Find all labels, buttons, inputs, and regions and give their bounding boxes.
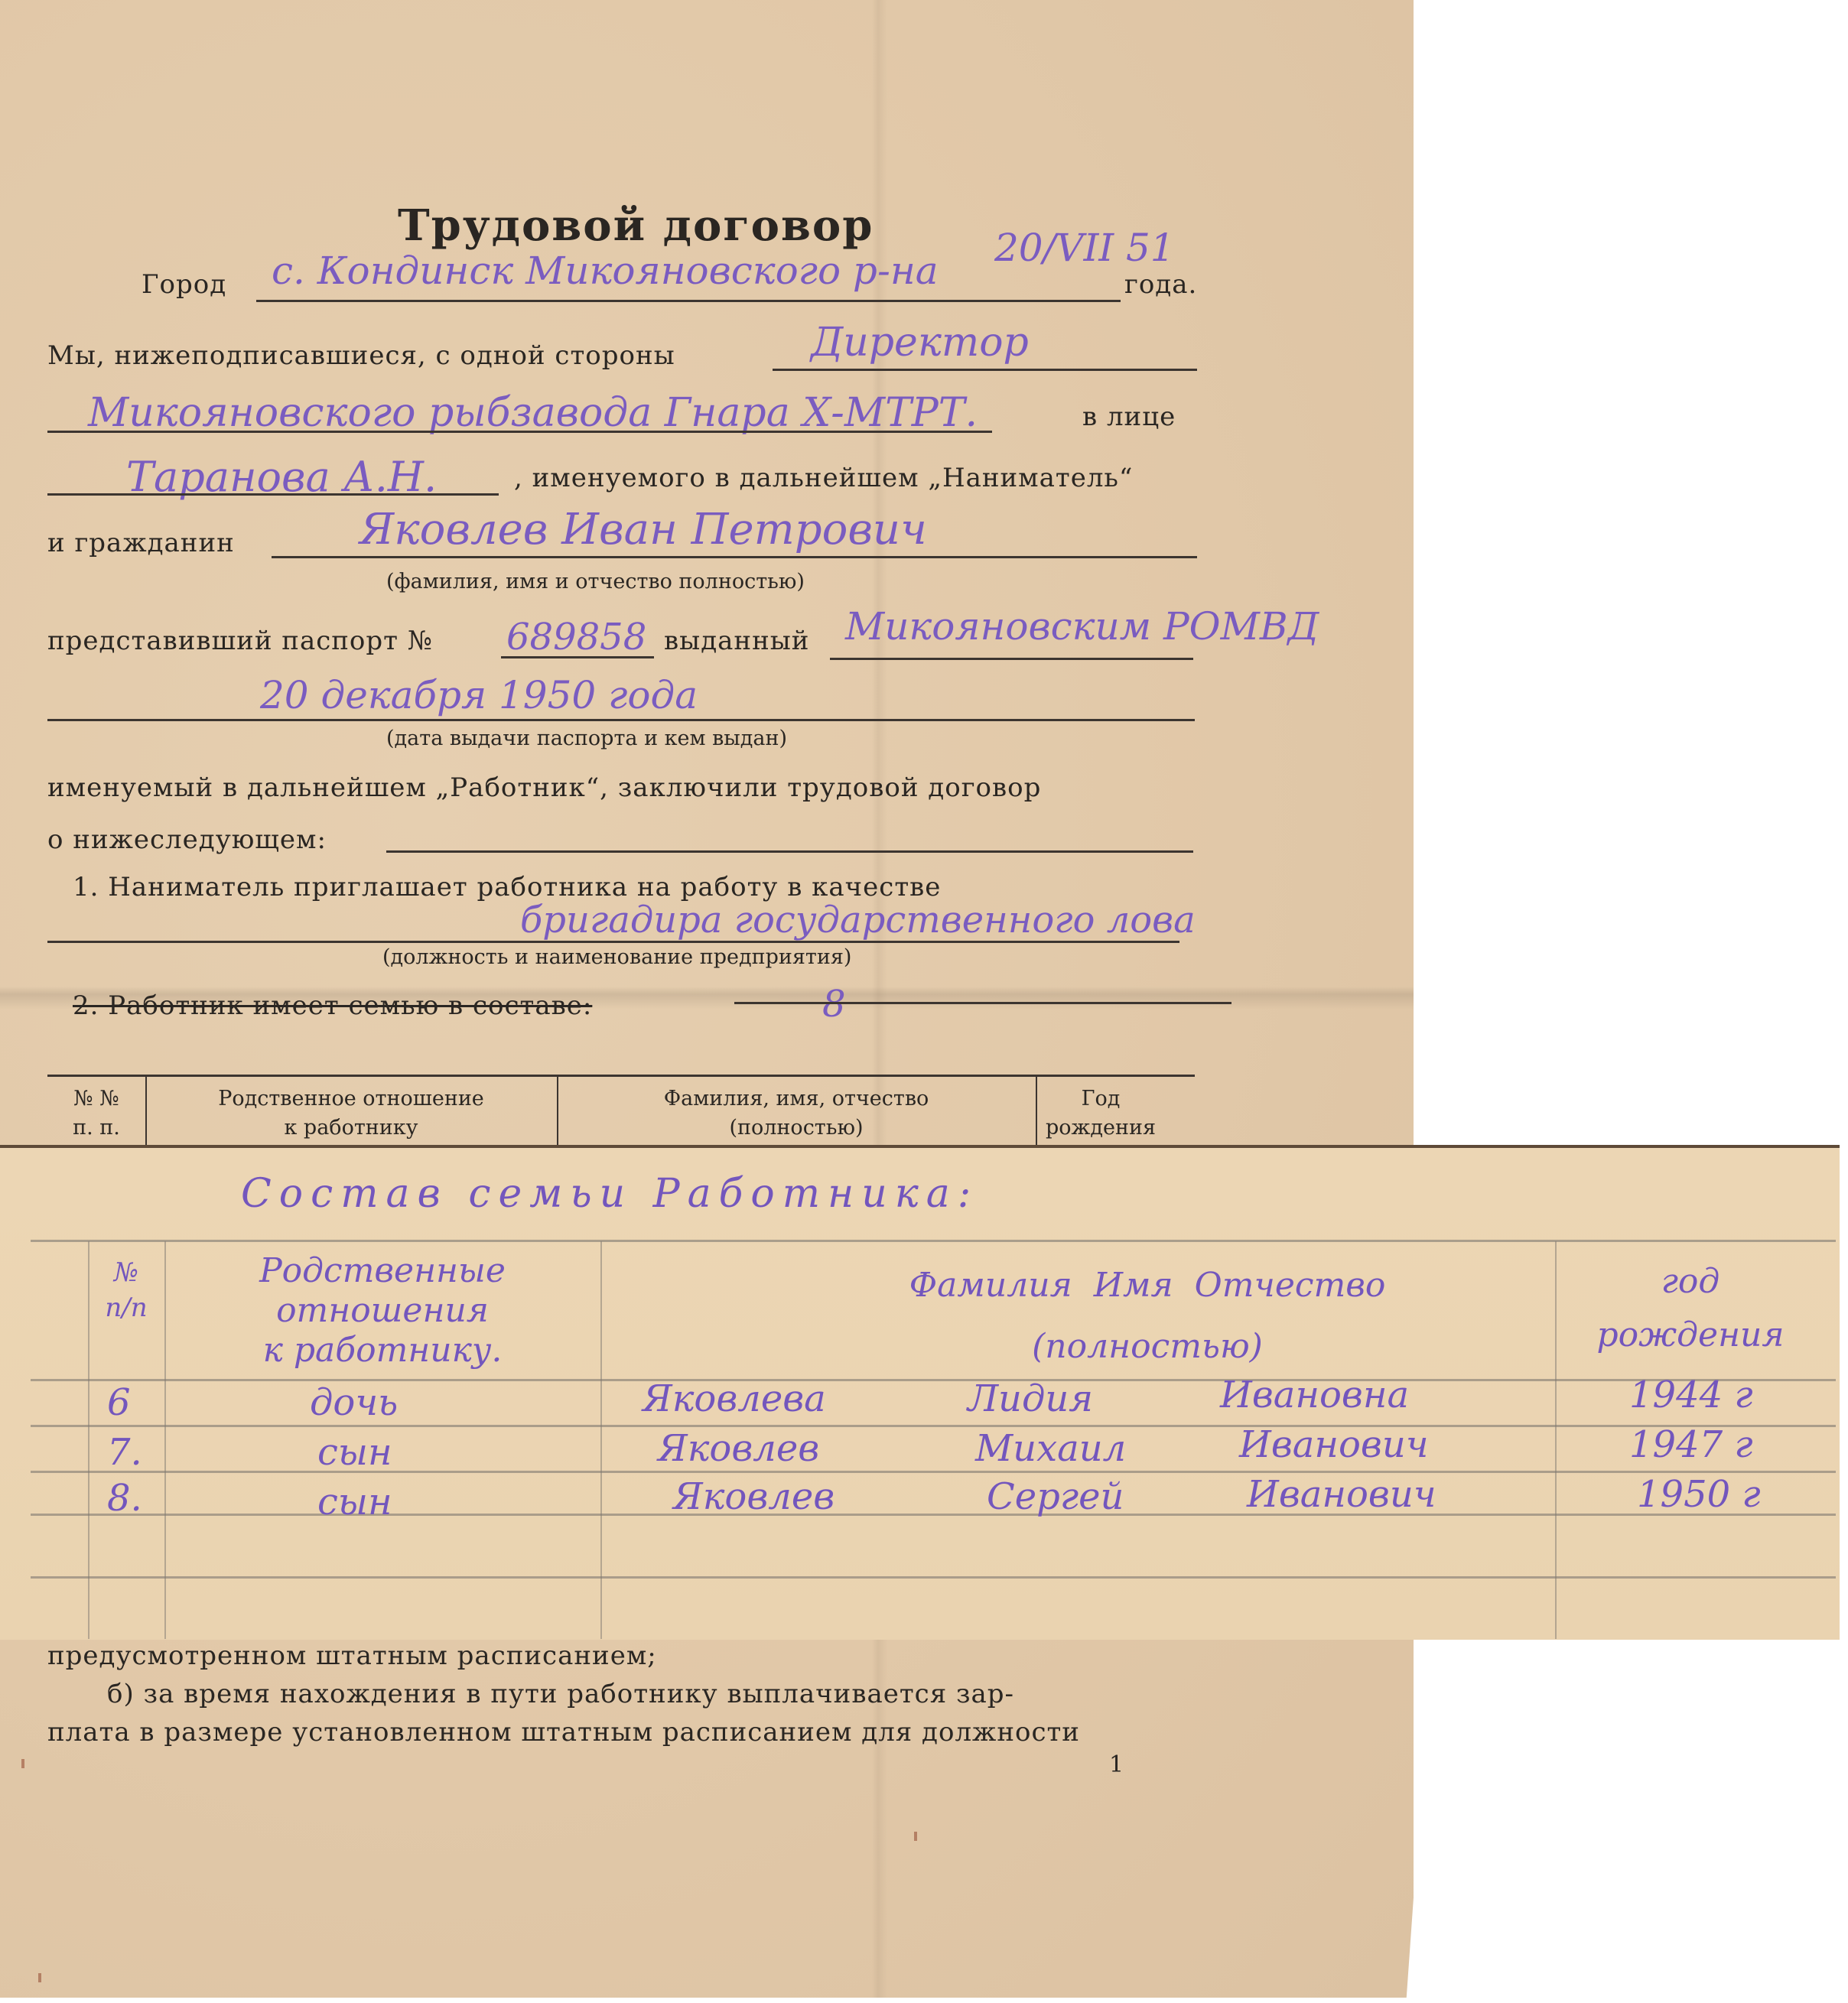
row-patronymic: Ивановна <box>1220 1374 1409 1416</box>
printed-header-number: № № п. п. <box>47 1084 145 1143</box>
citizen-label: и гражданин <box>47 528 235 558</box>
printed-header-birth-year: Год рождения <box>1036 1084 1166 1143</box>
city-label: Город <box>142 269 226 300</box>
slip-header-number: № п/п <box>88 1255 164 1325</box>
footer-line-1: предусмотренном штатным расписанием; <box>47 1640 657 1671</box>
in-person-label: в лице <box>1082 402 1176 432</box>
agreement-line-1: именуемый в дальнейшем „Работник“, заклю… <box>47 772 1041 803</box>
clause-2-text: 2. Работник имеет семью в составе: <box>73 990 592 1021</box>
row-birth-year: 1950 г <box>1637 1473 1761 1516</box>
passport-caption: (дата выдачи паспорта и кем выдан) <box>386 727 787 750</box>
row-surname: Яковлева <box>643 1377 826 1420</box>
paper-stain <box>21 1759 24 1768</box>
row-number: 6 <box>107 1381 131 1424</box>
row-number: 7. <box>107 1431 142 1474</box>
parties-intro: Мы, нижеподписавшиеся, с одной стороны <box>47 340 675 371</box>
employer-organization: Микояновского рыбзавода Гнара Х-МТРТ. <box>88 390 978 436</box>
footer-line-3: плата в размере установленном штатным ра… <box>47 1717 1080 1748</box>
slip-header-birth-year: год рождения <box>1560 1255 1820 1362</box>
name-caption: (фамилия, имя и отчество полностью) <box>386 570 805 593</box>
footer-line-2: б) за время нахождения в пути работнику … <box>107 1679 1014 1709</box>
family-count-underline <box>734 1002 1231 1004</box>
contract-date: 20/VII 51 <box>994 226 1175 270</box>
row-birth-year: 1947 г <box>1629 1423 1753 1466</box>
paper-stain <box>914 1832 917 1841</box>
issued-by-underline <box>830 658 1193 660</box>
row-first-name: Лидия <box>968 1377 1093 1420</box>
row-first-name: Сергей <box>987 1475 1124 1518</box>
issue-date-underline <box>47 719 1195 721</box>
row-surname: Яковлев <box>673 1475 835 1518</box>
passport-number: 689858 <box>506 616 646 658</box>
hereinafter-employer: , именуемого в дальнейшем „Наниматель“ <box>514 463 1133 493</box>
slip-header-relation: Родственные отношения к работнику. <box>164 1251 600 1371</box>
job-position: бригадира государственного лова <box>520 899 1196 941</box>
agreement-line-2: о нижеследующем: <box>47 824 327 855</box>
position-caption: (должность и наименование предприятия) <box>382 945 851 969</box>
paper-stain <box>38 1973 41 1982</box>
printed-header-fullname: Фамилия, имя, отчество (полностью) <box>557 1084 1036 1143</box>
page-number: 1 <box>1109 1751 1124 1778</box>
passport-number-underline <box>501 656 654 658</box>
city-underline <box>256 300 1121 302</box>
employer-org-underline <box>47 431 992 433</box>
family-composition-slip: Состав семьи Работника: № п/п Родственны… <box>0 1145 1840 1640</box>
row-birth-year: 1944 г <box>1629 1374 1753 1416</box>
issued-label: выданный <box>664 626 809 656</box>
employer-position: Директор <box>811 320 1029 366</box>
year-label: года. <box>1124 269 1197 300</box>
row-patronymic: Иванович <box>1247 1473 1436 1516</box>
document-title: Трудовой договор <box>398 200 874 251</box>
job-position-underline <box>47 941 1179 943</box>
employer-position-underline <box>773 369 1197 371</box>
row-patronymic: Иванович <box>1239 1423 1429 1466</box>
passport-issued-by: Микояновским РОМВД <box>845 604 1319 649</box>
agreement-underline <box>386 850 1193 853</box>
row-relation: дочь <box>310 1381 398 1424</box>
passport-label: представивший паспорт № <box>47 626 433 656</box>
printed-header-relation: Родственное отношение к работнику <box>145 1084 557 1143</box>
city-value: с. Кондинск Микояновского р-на <box>272 249 939 293</box>
employee-name-underline <box>272 556 1197 558</box>
passport-issue-date: 20 декабря 1950 года <box>260 673 698 717</box>
employee-name: Яковлев Иван Петрович <box>360 505 927 554</box>
row-surname: Яковлев <box>658 1427 819 1470</box>
clause-1-text: 1. Наниматель приглашает работника на ра… <box>73 872 941 902</box>
row-relation: сын <box>317 1481 392 1523</box>
printed-family-table-header: № № п. п. Родственное отношение к работн… <box>47 1075 1195 1153</box>
row-relation: сын <box>317 1431 392 1474</box>
row-number: 8. <box>107 1477 142 1520</box>
employer-rep-underline <box>47 493 499 496</box>
slip-header-fullname: Фамилия Имя Отчество (полностью) <box>765 1255 1530 1377</box>
slip-title: Состав семьи Работника: <box>241 1171 978 1217</box>
family-count: 8 <box>822 983 846 1026</box>
row-first-name: Михаил <box>975 1427 1126 1470</box>
